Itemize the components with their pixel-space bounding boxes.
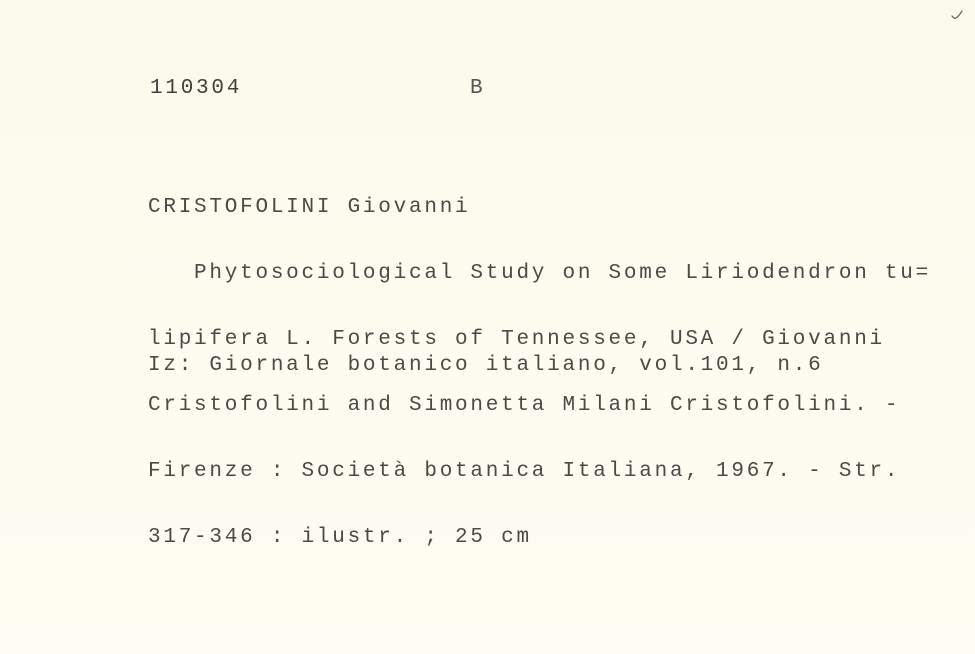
description-line: Firenze : Società botanica Italiana, 196…: [148, 461, 931, 483]
description-line: lipifera L. Forests of Tennessee, USA / …: [148, 329, 931, 351]
catalog-card: 110304 B CRISTOFOLINI Giovanni Phytosoci…: [0, 0, 975, 654]
description-line: Cristofolini and Simonetta Milani Cristo…: [148, 395, 931, 417]
accession-number: 110304: [150, 78, 242, 100]
description-line: Phytosociological Study on Some Lirioden…: [148, 263, 931, 285]
check-mark-icon: [951, 10, 963, 20]
location-code: B: [470, 78, 485, 100]
author-heading: CRISTOFOLINI Giovanni: [148, 197, 931, 219]
description-line: 317-346 : ilustr. ; 25 cm: [148, 527, 931, 549]
source-note: Iz: Giornale botanico italiano, vol.101,…: [148, 355, 824, 377]
